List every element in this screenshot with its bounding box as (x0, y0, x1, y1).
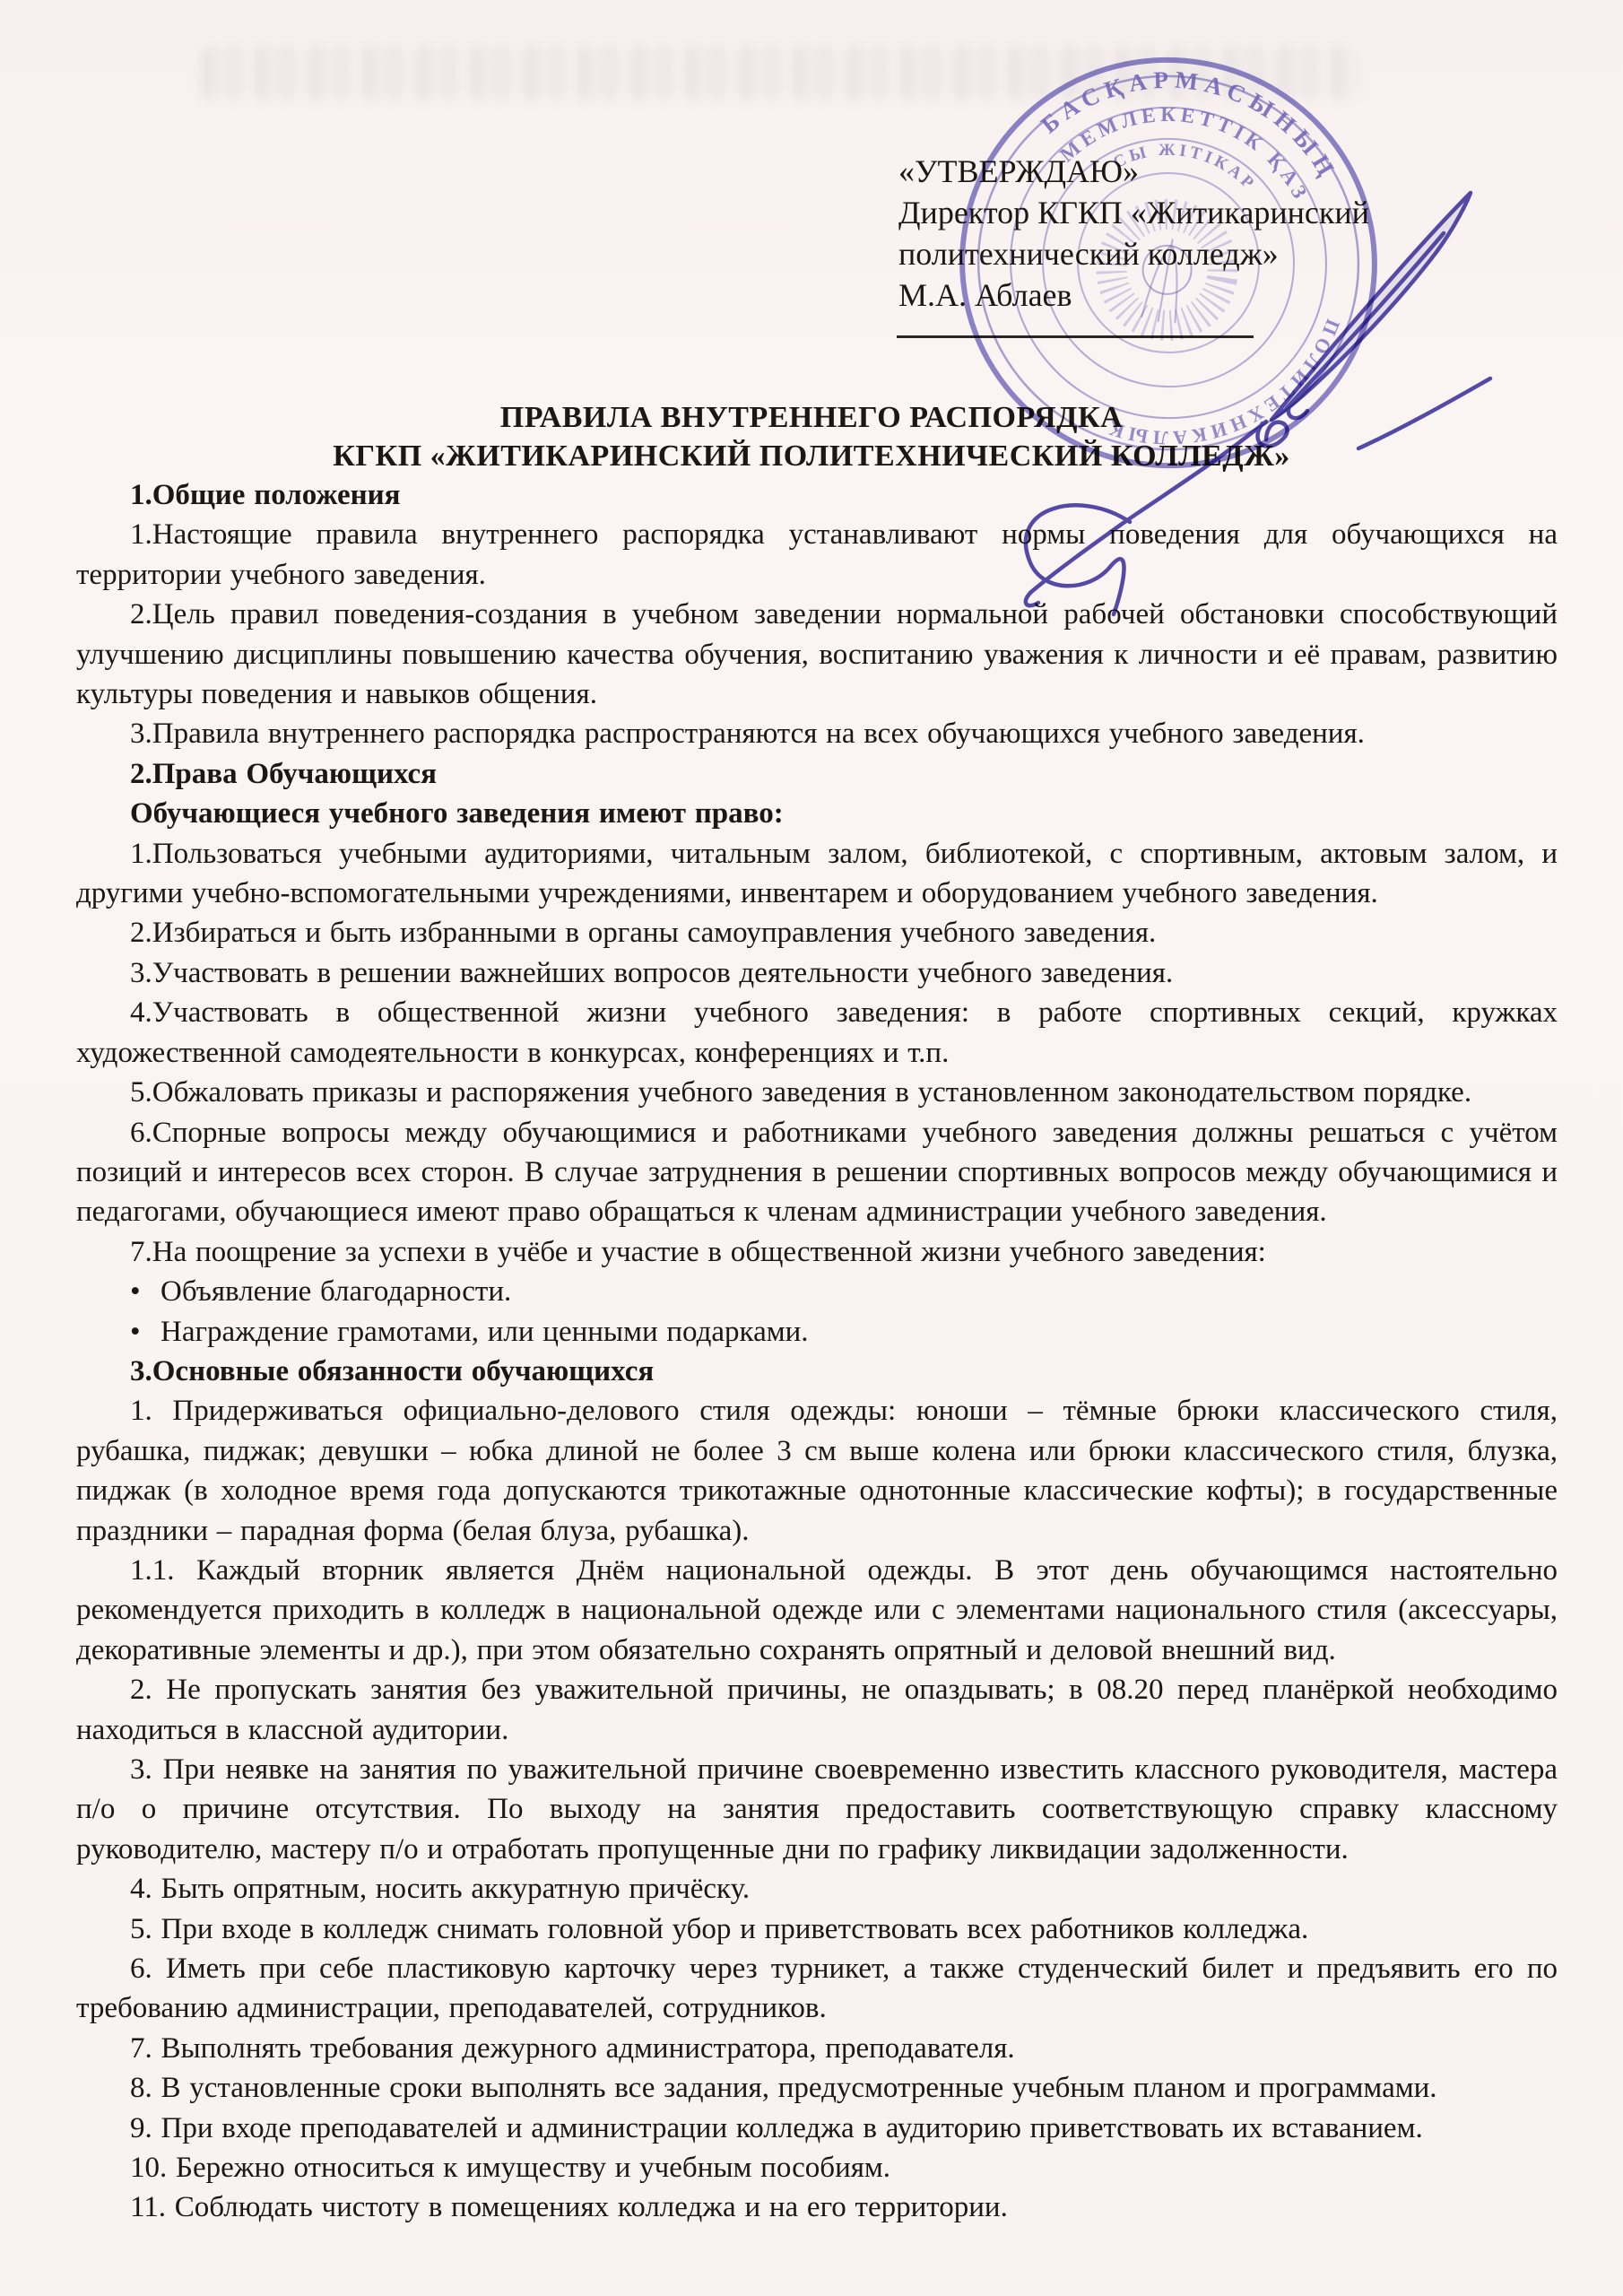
bullet-item: •Объявление благодарности. (76, 1272, 1558, 1311)
section-heading: 2.Права Обучающихся (76, 754, 1558, 794)
document-body: 1.Общие положения 1.Настоящие правила вн… (76, 475, 1558, 2228)
paragraph: 8. В установленные сроки выполнять все з… (76, 2068, 1558, 2108)
paragraph: 1. Придерживаться официально-делового ст… (76, 1391, 1558, 1551)
paragraph: 1.Пользоваться учебными аудиториями, чит… (76, 834, 1558, 914)
bullet-icon: • (130, 1312, 161, 1352)
bullet-text: Награждение грамотами, или ценными подар… (161, 1316, 809, 1348)
paragraph: 3.Правила внутреннего распорядка распрос… (76, 714, 1558, 753)
director-signature-icon (906, 108, 1515, 628)
paragraph: 3. При неявке на занятия по уважительной… (76, 1750, 1558, 1869)
paragraph: 1.1. Каждый вторник является Днём национ… (76, 1551, 1558, 1670)
paragraph: 2. Не пропускать занятия без уважительно… (76, 1670, 1558, 1750)
paragraph: 4. Быть опрятным, носить аккуратную прич… (76, 1869, 1558, 1909)
paragraph: 5. При входе в колледж снимать головной … (76, 1909, 1558, 1949)
paragraph: 6. Иметь при себе пластиковую карточку ч… (76, 1949, 1558, 2029)
bullet-icon: • (130, 1272, 161, 1311)
paragraph: 3.Участвовать в решении важнейших вопрос… (76, 953, 1558, 993)
paragraph: 7.На поощрение за успехи в учёбе и участ… (76, 1232, 1558, 1272)
bullet-text: Объявление благодарности. (161, 1275, 511, 1308)
paragraph: 6.Спорные вопросы между обучающимися и р… (76, 1113, 1558, 1232)
paragraph: 5.Обжаловать приказы и распоряжения учеб… (76, 1073, 1558, 1112)
paragraph: 11. Соблюдать чистоту в помещениях колле… (76, 2187, 1558, 2227)
paragraph: 10. Бережно относиться к имуществу и уче… (76, 2148, 1558, 2187)
section-subheading: Обучающиеся учебного заведения имеют пра… (76, 794, 1558, 833)
bullet-item: •Награждение грамотами, или ценными пода… (76, 1312, 1558, 1352)
paragraph: 2.Избираться и быть избранными в органы … (76, 913, 1558, 952)
paragraph: 7. Выполнять требования дежурного админи… (76, 2029, 1558, 2068)
scanned-document-page: «УТВЕРЖДАЮ» Директор КГКП «Житикаринский… (0, 0, 1623, 2296)
paragraph: 9. При входе преподавателей и администра… (76, 2109, 1558, 2148)
section-heading: 3.Основные обязанности обучающихся (76, 1352, 1558, 1391)
paragraph: 4.Участвовать в общественной жизни учебн… (76, 993, 1558, 1073)
